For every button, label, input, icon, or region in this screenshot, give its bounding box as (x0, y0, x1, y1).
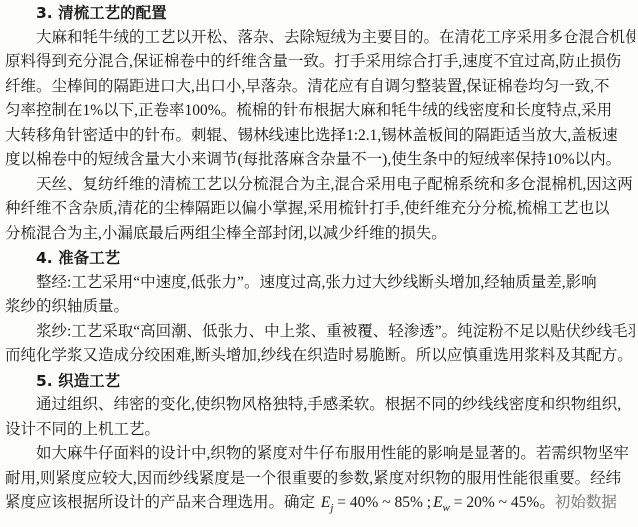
body-text-line: 整经:工艺采用“中速度,低张力”。速度过高,张力过大纱线断头增加,经轴质量差,影… (5, 271, 635, 296)
body-text-segment: = 20% ~ 45%。 (450, 494, 555, 511)
body-text-line: 种纤维不含杂质,清花的尘棒隔距以偏小掌握,采用梳针打手,使纤维充分分梳,梳棉工艺… (5, 197, 635, 222)
body-text-line: 纤维。尘棒间的隔距进口大,出口小,早落杂。清花应有自调匀整装置,保证棉卷均匀一致… (5, 75, 635, 100)
faded-text: 初始数据 (555, 494, 617, 511)
body-text-line: 设计不同的上机工艺。 (5, 418, 635, 443)
body-text-line: 耐用,则紧度应较大,因而纱线紧度是一个很重要的参数,紧度对织物的服用性能很重要。… (5, 467, 635, 492)
body-text-line: 通过组织、纬密的变化,使织物风格独特,手感柔软。根据不同的纱线线密度和织物组织, (5, 393, 635, 418)
body-text-line: 大麻和牦牛绒的工艺以开松、落杂、去除短绒为主要目的。在清花工序采用多仓混合机使 (5, 26, 635, 51)
body-text-line: 天丝、复纺纤维的清梳工艺以分梳混合为主,混合采用电子配棉系统和多仓混棉机,因这两 (5, 173, 635, 198)
body-text-line: 浆纱的织轴质量。 (5, 295, 635, 320)
body-text-line: 分梳混合为主,小漏底最后两组尘棒全部封闭,以减少纤维的损失。 (5, 222, 635, 247)
document-text-block: 3. 清梳工艺的配置大麻和牦牛绒的工艺以开松、落杂、去除短绒为主要目的。在清花工… (5, 1, 635, 516)
body-text-segment: = 40% ~ 85% ; (333, 494, 431, 511)
formula-variable: E (431, 494, 442, 511)
body-text-line: 如大麻牛仔面料的设计中,织物的紧度对牛仔布服用性能的影响是显著的。若需织物坚牢 (5, 442, 635, 467)
section-heading-line: 3. 清梳工艺的配置 (5, 1, 635, 26)
section-heading-line: 4. 准备工艺 (5, 246, 635, 271)
body-text-line: 紧度应该根据所设计的产品来合理选用。确定 Ej = 40% ~ 85% ;Ew … (5, 491, 635, 516)
body-text-line: 浆纱:工艺采取“高回潮、低张力、中上浆、重被覆、轻渗透”。纯淀粉不足以贴伏纱线毛… (5, 320, 635, 345)
section-heading-line: 5. 织造工艺 (5, 369, 635, 394)
body-text-line: 而纯化学浆又造成分绞困难,断头增加,纱线在织造时易脆断。所以应慎重选用浆料及其配… (5, 344, 635, 369)
body-text-line: 大转移角针密适中的针布。刺辊、锡林线速比选择1:2.1,锡林盖板间的隔距适当放大… (5, 124, 635, 149)
formula-subscript: w (443, 502, 450, 514)
formula-variable: E (319, 494, 330, 511)
body-text-segment: 紧度应该根据所设计的产品来合理选用。确定 (5, 494, 319, 511)
body-text-line: 度以棉卷中的短绒含量大小来调节(每批落麻含杂量不一),使生条中的短绒率保持10%… (5, 148, 635, 173)
scanned-document-page: 3. 清梳工艺的配置大麻和牦牛绒的工艺以开松、落杂、去除短绒为主要目的。在清花工… (0, 0, 638, 527)
body-text-line: 匀率控制在1%以下,正卷率100%。梳棉的针布根据大麻和牦牛绒的线密度和长度特点… (5, 99, 635, 124)
body-text-line: 原料得到充分混合,保证棉卷中的纤维含量一致。打手采用综合打手,速度不宜过高,防止… (5, 50, 635, 75)
